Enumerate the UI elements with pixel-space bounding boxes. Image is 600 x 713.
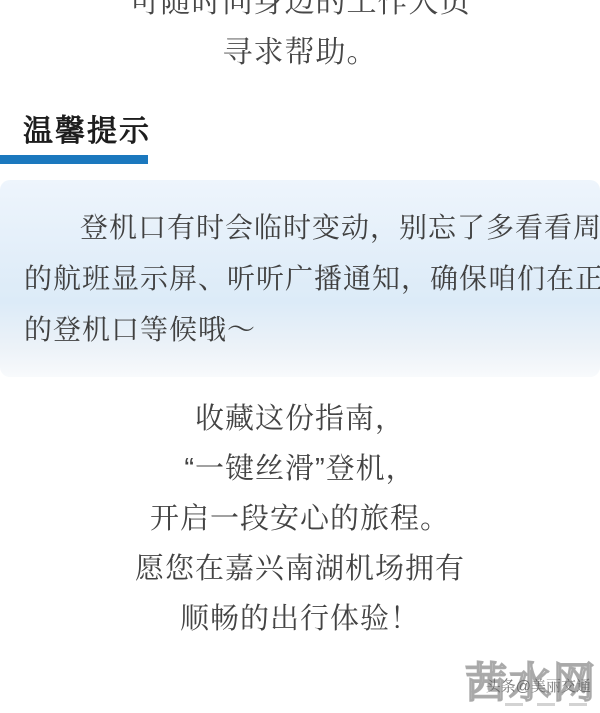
section-title: 温馨提示 <box>23 106 151 150</box>
tip-line: 登机口有时会临时变动，别忘了多看看周围 <box>24 202 576 253</box>
intro-paragraph: 可随时向身边的工作人员 寻求帮助。 <box>0 0 600 78</box>
watermark-sub-marks <box>505 703 587 706</box>
tip-box: 登机口有时会临时变动，别忘了多看看周围 的航班显示屏、听听广播通知，确保咱们在正… <box>0 180 600 377</box>
intro-line-1: 可随时向身边的工作人员 <box>0 0 600 28</box>
closing-stanza: 收藏这份指南， “一键丝滑”登机， 开启一段安心的旅程。 愿您在嘉兴南湖机场拥有… <box>0 394 600 644</box>
closing-line: “一键丝滑”登机， <box>0 444 600 494</box>
tip-line: 的航班显示屏、听听广播通知，确保咱们在正确 <box>24 253 576 304</box>
closing-line: 愿您在嘉兴南湖机场拥有 <box>0 544 600 594</box>
closing-line: 开启一段安心的旅程。 <box>0 494 600 544</box>
section-title-underline <box>0 155 148 164</box>
intro-line-2: 寻求帮助。 <box>0 28 600 78</box>
watermark: 茜水网 头条@美丽交通 <box>447 650 597 712</box>
closing-line: 收藏这份指南， <box>0 394 600 444</box>
tip-line: 的登机口等候哦～ <box>24 304 576 355</box>
watermark-overlay-text: 头条@美丽交通 <box>486 675 591 696</box>
closing-line: 顺畅的出行体验！ <box>0 594 600 644</box>
